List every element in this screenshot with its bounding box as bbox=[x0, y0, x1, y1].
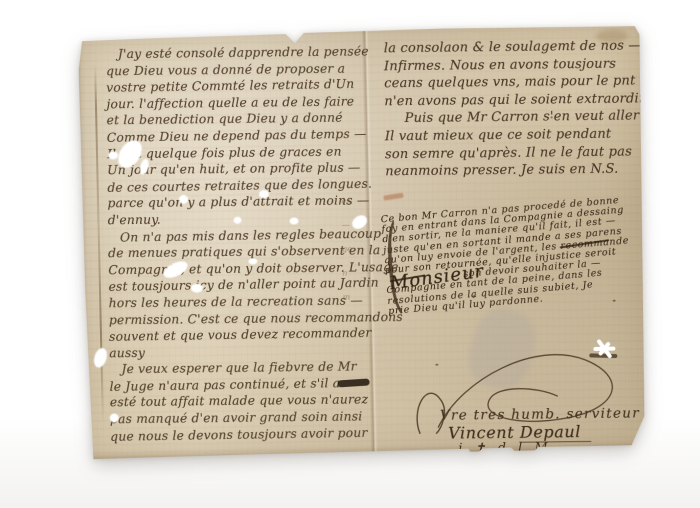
right-page-text: la consolaon & le soulagemt de nos — Inf… bbox=[384, 37, 675, 181]
letter-photo: J'ay esté consolé dapprendre la pensée q… bbox=[77, 24, 649, 460]
handwriting-line: neanmoins presser. Je suis en N.S. bbox=[385, 160, 675, 181]
left-page: J'ay esté consolé dapprendre la pensée q… bbox=[106, 43, 369, 450]
ink-speck bbox=[435, 364, 438, 366]
right-page: la consolaon & le soulagemt de nos — Inf… bbox=[374, 31, 645, 448]
signature-last: Depaul bbox=[520, 422, 591, 443]
ink-speck bbox=[551, 116, 553, 118]
left-margin-crease bbox=[94, 64, 104, 424]
marginal-annotation: ( Ce bon Mr Carron n'a pas procedé de bo… bbox=[380, 195, 643, 317]
star-damage-spot bbox=[592, 337, 617, 362]
bleed-mark: es. bbox=[341, 189, 363, 213]
margin-bleed-marks: es. — ge n m bbox=[341, 189, 364, 309]
signature-first: Vincent bbox=[448, 423, 514, 443]
handwriting-line: que nous le devons tousjours avoir pour bbox=[110, 424, 368, 445]
damage-spot bbox=[92, 346, 109, 369]
closing-salutation: Vre tres humb. serviteur bbox=[440, 405, 640, 423]
handwriting-line: Puis que Mr Carron s'en veut aller bbox=[385, 107, 675, 128]
red-pigment-mark bbox=[383, 193, 404, 201]
bleed-mark: m bbox=[343, 285, 365, 309]
signature-postscript: i ✝ d l M bbox=[458, 440, 552, 456]
bleed-mark: n bbox=[342, 261, 364, 285]
bleed-mark: ge bbox=[342, 237, 364, 261]
handwriting-line: On n'a pas mis dans les regles beaucoup bbox=[108, 225, 366, 246]
handwriting-line: la consolaon & le soulagemt de nos — bbox=[384, 37, 674, 58]
handwriting-line: son semre qu'après. Il ne le faut pas bbox=[385, 143, 675, 164]
letter-paper: J'ay esté consolé dapprendre la pensée q… bbox=[77, 24, 649, 460]
ink-speck bbox=[473, 295, 475, 298]
signature-name: Vincent Depaul bbox=[448, 422, 591, 443]
ink-speck bbox=[613, 300, 616, 302]
